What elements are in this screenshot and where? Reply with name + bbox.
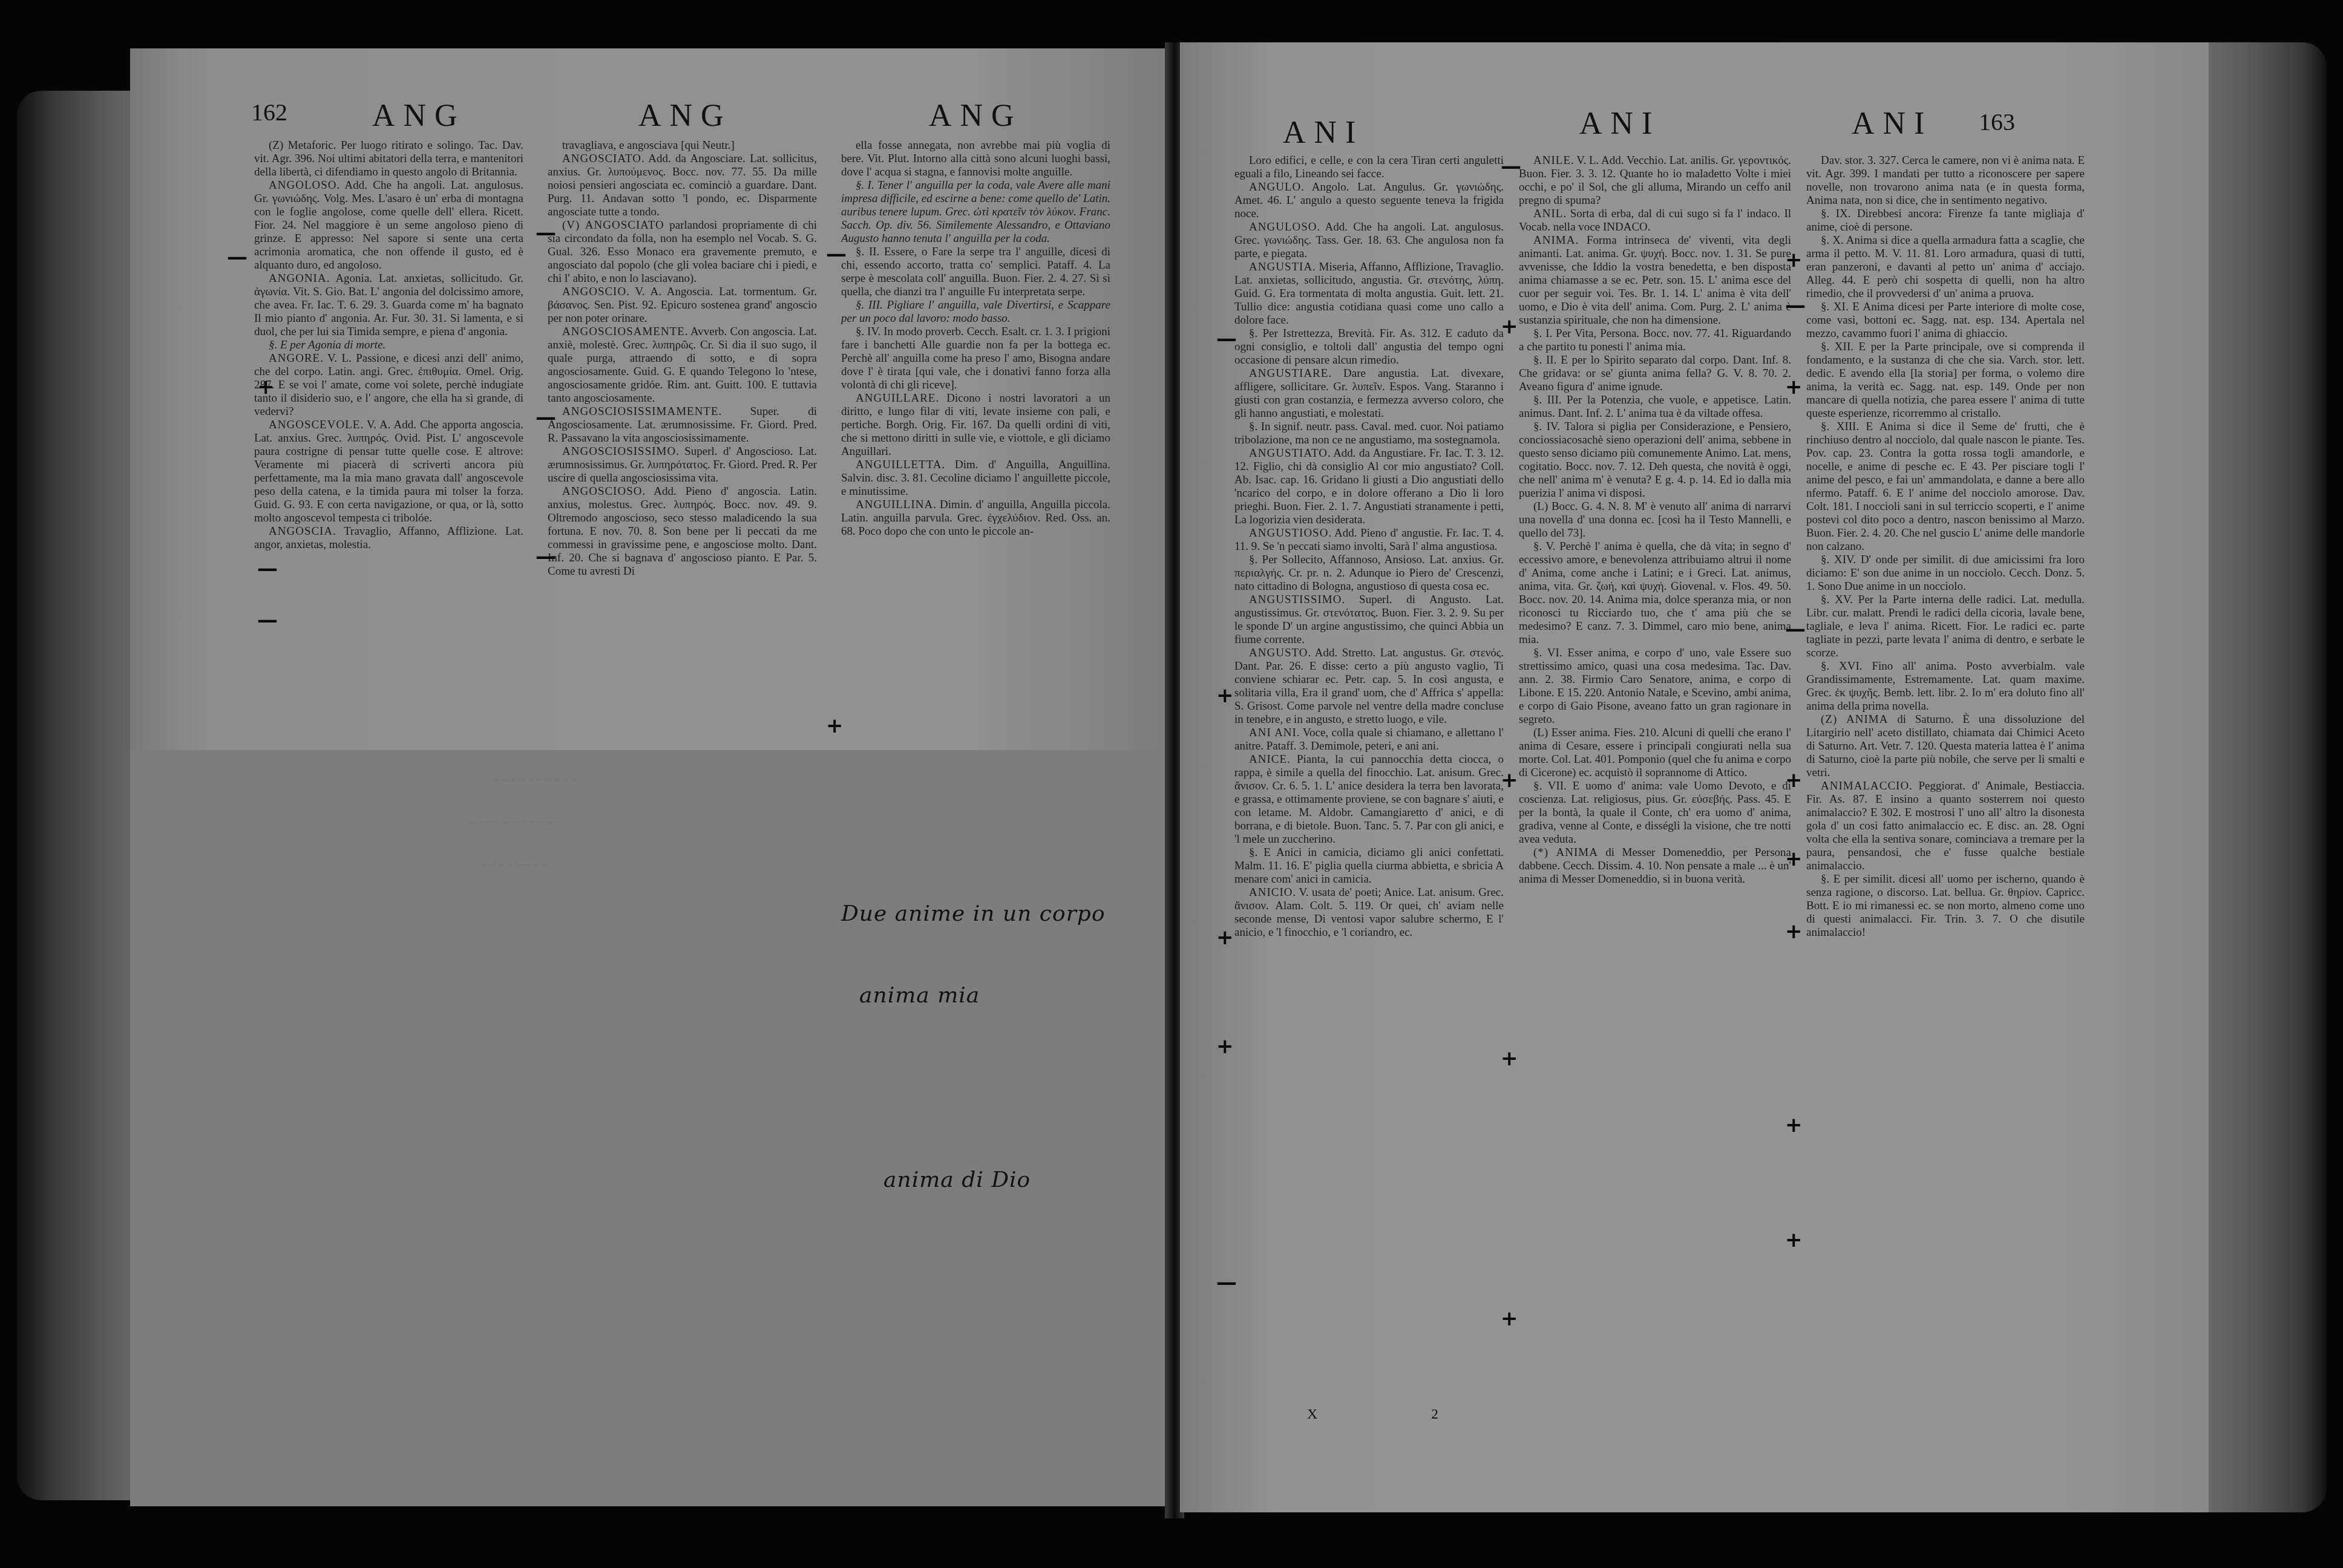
entry: §. E per similit. dicesi all' uomo per i…: [1806, 873, 2085, 939]
entry: (Z) ANIMA di Saturno. È una dissoluzione…: [1806, 713, 2085, 780]
left-column-2: travagliava, e angosciava [qui Neutr.] A…: [548, 139, 817, 750]
margin-dash-mark: —: [1216, 327, 1237, 351]
entry: ANGOSCIO. V. A. Angoscia. Lat. tormentum…: [548, 286, 817, 325]
entry: Dav. stor. 3. 327. Cerca le camere, non …: [1806, 154, 2085, 207]
entry: ANGORE. V. L. Passione, e dicesi anzi de…: [254, 352, 523, 419]
margin-dash-mark: —: [536, 221, 556, 245]
entry: (L) Bocc. G. 4. N. 8. M' è venuto all' a…: [1519, 500, 1791, 540]
entry: ANIMALACCIO. Peggiorat. d' Animale, Best…: [1806, 780, 2085, 873]
entry: §. I. Per Vita, Persona. Bocc. nov. 77. …: [1519, 327, 1791, 354]
entry: §. IX. Direbbesi ancora: Firenze fa tant…: [1806, 207, 2085, 234]
entry: §. E Anici in camicia, diciamo gli anici…: [1234, 846, 1504, 886]
entry: §. IV. Talora si piglia per Considerazio…: [1519, 420, 1791, 500]
margin-cross-mark: +: [1501, 315, 1518, 339]
entry: ANILE. V. L. Add. Vecchio. Lat. anilis. …: [1519, 154, 1791, 207]
margin-dash-mark: —: [536, 544, 556, 569]
right-page: ANI ANI ANI 163 Loro edifici, e celle, e…: [1180, 42, 2209, 1512]
entry: ANGUILLINA. Dimin. d' anguilla, Anguilla…: [841, 498, 1110, 538]
margin-dash-mark: —: [1785, 617, 1806, 641]
margin-cross-mark: +: [1216, 684, 1234, 708]
margin-cross-mark: +: [1501, 1047, 1518, 1071]
entry: §. I. Tener l' anguilla per la coda, val…: [841, 179, 1110, 246]
entry: §. XI. E Anima dicesi per Parte interior…: [1806, 301, 2085, 341]
entry: §. X. Anima si dice a quella armadura fa…: [1806, 234, 2085, 301]
entry: ANGOSCIA. Travaglio, Affanno, Afflizione…: [254, 525, 523, 552]
entry: ANGOSCIATO. Add. da Angosciare. Lat. sol…: [548, 152, 817, 219]
margin-cross-mark: +: [1785, 375, 1803, 399]
margin-dash-mark: —: [1501, 154, 1521, 178]
entry: ANGUSTIARE. Dare angustia. Lat. divexare…: [1234, 367, 1504, 420]
entry: §. V. Perchè l' anima è quella, che dà v…: [1519, 540, 1791, 647]
entry: ANICE. Pianta, la cui pannocchia detta c…: [1234, 753, 1504, 846]
entry: §. E per Agonia di morte.: [254, 339, 523, 352]
entry: Loro edifici, e celle, e con la cera Tir…: [1234, 154, 1504, 181]
right-fore-edge: [2203, 42, 2327, 1512]
signature-mark-x: X: [1307, 1406, 1317, 1423]
entry: (L) Esser anima. Fies. 210. Alcuni di qu…: [1519, 727, 1791, 780]
entry: ANGOSCIOSAMENTE. Avverb. Con angoscia. L…: [548, 325, 817, 405]
margin-cross-mark: +: [1785, 1113, 1803, 1137]
entry: ANGULOSO. Add. Che ha angoli. Lat. angul…: [1234, 221, 1504, 261]
margin-cross-mark: +: [826, 714, 844, 738]
right-running-head-1: ANI: [1283, 115, 1364, 151]
entry: §. III. Per la Potenzia, che vuole, e ap…: [1519, 394, 1791, 420]
entry: ANGUSTO. Add. Stretto. Lat. angustus. Gr…: [1234, 647, 1504, 727]
right-page-number: 163: [1979, 108, 2015, 136]
right-column-3: Dav. stor. 3. 327. Cerca le camere, non …: [1806, 154, 2085, 1352]
right-column-1: Loro edifici, e celle, e con la cera Tir…: [1234, 154, 1504, 1388]
margin-dash-mark: —: [257, 557, 278, 581]
left-page-number: 162: [251, 98, 287, 126]
entry: §. Per Sollecito, Affannoso, Ansioso. La…: [1234, 554, 1504, 593]
right-running-head-3: ANI: [1852, 106, 1933, 142]
entry: ANGUSTISSIMO. Superl. di Angusto. Lat. a…: [1234, 593, 1504, 647]
inserted-note-sheet: ~ ~ ~ ~ ~ ~ ~ ~ ~ ~ ~ ~ ~ ~ ~ ~ ~ ~ ~ ~ …: [130, 750, 1171, 1506]
entry: ANGUILLARE. Dicono i nostri lavoratori a…: [841, 392, 1110, 459]
right-running-head-2: ANI: [1579, 106, 1660, 142]
margin-cross-mark: +: [1785, 920, 1803, 944]
entry: ANIMA. Forma intrinseca de' viventi, vit…: [1519, 234, 1791, 327]
signature-mark-2: 2: [1431, 1406, 1438, 1423]
entry: ANGOSCEVOLE. V. A. Add. Che apporta ango…: [254, 419, 523, 525]
entry: (*) ANIMA di Messer Domeneddio, per Pers…: [1519, 846, 1791, 886]
entry: ANI ANI. Voce, colla quale si chiamano, …: [1234, 727, 1504, 753]
left-fore-edge: [17, 91, 144, 1500]
margin-dash-mark: —: [536, 405, 556, 430]
entry: travagliava, e angosciava [qui Neutr.]: [548, 139, 817, 152]
entry: §. XV. Per la Parte interna delle radici…: [1806, 593, 2085, 660]
margin-dash-mark: —: [1785, 293, 1806, 318]
entry: ANICIO. V. usata de' poeti; Anice. Lat. …: [1234, 886, 1504, 939]
entry: ANIL. Sorta di erba, dal di cui sugo si …: [1519, 207, 1791, 234]
entry: ANGUSTIOSO. Add. Pieno d' angustie. Fr. …: [1234, 527, 1504, 554]
margin-cross-mark: +: [1785, 768, 1803, 792]
entry: ANGOSCIOSO. Add. Pieno d' angoscia. Lati…: [548, 485, 817, 578]
right-column-2: ANILE. V. L. Add. Vecchio. Lat. anilis. …: [1519, 154, 1791, 1370]
bleed-through-text: ~ ~ ~ ~ ~ ~ ~ ~ ~ ~ ~: [469, 817, 561, 829]
entry: §. XVI. Fino all' anima. Posto avverbial…: [1806, 660, 2085, 713]
margin-cross-mark: +: [1785, 847, 1803, 871]
entry: §. XII. E per la Parte principale, ove s…: [1806, 341, 2085, 420]
margin-dash-mark: —: [826, 242, 847, 266]
margin-cross-mark: +: [1216, 1034, 1234, 1059]
entry: ANGUSTIA. Miseria, Affanno, Afflizione, …: [1234, 261, 1504, 327]
margin-cross-mark: +: [1216, 926, 1234, 950]
margin-cross-mark: +: [1785, 1228, 1803, 1252]
margin-cross-mark: +: [1501, 768, 1518, 792]
entry: §. Per Istrettezza, Brevità. Fir. As. 31…: [1234, 327, 1504, 367]
margin-cross-mark: +: [1501, 1307, 1518, 1331]
margin-cross-mark: +: [257, 375, 275, 399]
handwritten-line-2: anima mia: [859, 983, 980, 1008]
entry: §. IV. In modo proverb. Cecch. Esalt. cr…: [841, 325, 1110, 392]
entry: ANGONIA. Agonia. Lat. anxietas, sollicit…: [254, 272, 523, 339]
entry: §. In signif. neutr. pass. Caval. med. c…: [1234, 420, 1504, 447]
handwritten-line-3: anima di Dio: [883, 1168, 1031, 1192]
left-column-3: ella fosse annegata, non avrebbe mai più…: [841, 139, 1110, 750]
margin-dash-mark: —: [257, 608, 278, 632]
margin-cross-mark: +: [1785, 248, 1803, 272]
margin-dash-mark: —: [227, 245, 247, 269]
bleed-through-text: ~ ~ ~ ~ ~ ~ ~ ~: [481, 859, 547, 872]
entry: ANGUILLETTA. Dim. d' Anguilla, Anguillin…: [841, 459, 1110, 498]
left-column-1: (Z) Metaforic. Per luogo ritirato e soli…: [254, 139, 523, 750]
entry: (Z) Metaforic. Per luogo ritirato e soli…: [254, 139, 523, 179]
entry: §. VII. E uomo d' anima: vale Uomo Devot…: [1519, 780, 1791, 846]
left-running-head-2: ANG: [638, 98, 732, 134]
left-running-head-3: ANG: [929, 98, 1023, 134]
entry: §. II. E per lo Spirito separato dal cor…: [1519, 354, 1791, 394]
entry: ANGULO. Angolo. Lat. Angulus. Gr. γωνιώδ…: [1234, 181, 1504, 221]
entry: ANGOSCIOSISSIMO. Superl. d' Angoscioso. …: [548, 445, 817, 485]
entry: §. III. Pigliare l' anguilla, vale Diver…: [841, 299, 1110, 325]
entry: §. II. Essere, o Fare la serpe tra l' an…: [841, 246, 1110, 299]
entry: §. VI. Esser anima, e corpo d' uno, vale…: [1519, 647, 1791, 727]
entry: ANGOSCIOSISSIMAMENTE. Super. di Angoscio…: [548, 405, 817, 445]
entry: (V) ANGOSCIATO parlandosi propriamente d…: [548, 219, 817, 286]
entry: ANGUSTIATO. Add. da Angustiare. Fr. Iac.…: [1234, 447, 1504, 527]
book-spread: 162 ANG ANG ANG (Z) Metaforic. Per luogo…: [0, 0, 2343, 1568]
left-running-head-1: ANG: [372, 98, 466, 134]
margin-dash-mark: —: [1216, 1270, 1237, 1295]
entry: ANGOLOSO. Add. Che ha angoli. Lat. angul…: [254, 179, 523, 272]
handwritten-line-1: Due anime in un corpo: [841, 901, 1106, 926]
entry: ella fosse annegata, non avrebbe mai più…: [841, 139, 1110, 179]
entry: §. XIV. D' onde per similit. di due amic…: [1806, 554, 2085, 593]
entry: §. XIII. E Anima si dice il Seme de' fru…: [1806, 420, 2085, 554]
bleed-through-text: ~ ~ ~ ~ ~ ~ ~ ~ ~ ~: [493, 774, 577, 787]
